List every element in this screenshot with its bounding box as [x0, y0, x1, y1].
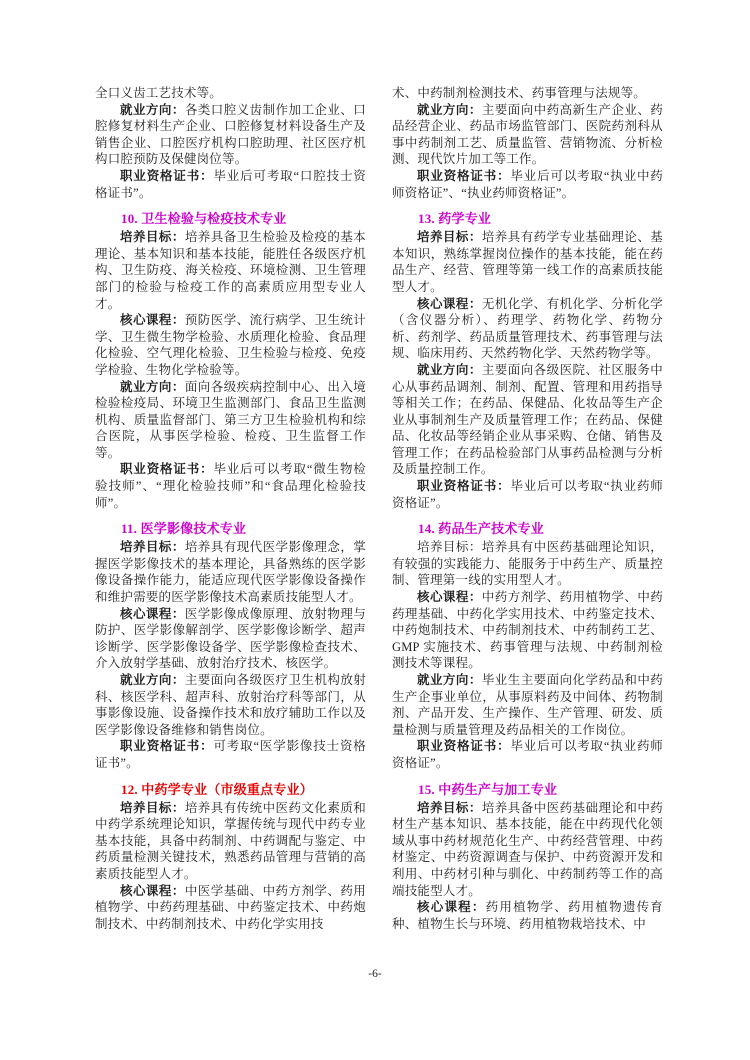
section-heading: 12. 中药学专业（市级重点专业）	[95, 781, 366, 798]
left-column: 全口义齿工艺技术等。就业方向：各类口腔义齿制作加工企业、口腔修复材料生产企业、口…	[95, 85, 366, 932]
paragraph-label: 就业方向：	[120, 673, 185, 687]
paragraph: 培养目标：培养具备中医药基础理论和中药材生产基本知识、基本技能，能在中药现代化领…	[392, 800, 663, 900]
paragraph: 就业方向：主要面向各级医院、社区服务中心从事药品调剂、制剂、配置、管理和用药指导…	[392, 362, 663, 478]
document-page: 全口义齿工艺技术等。就业方向：各类口腔义齿制作加工企业、口腔修复材料生产企业、口…	[0, 0, 750, 1060]
section-heading: 14. 药品生产技术专业	[392, 520, 663, 537]
paragraph-label: 培养目标：	[120, 230, 185, 244]
paragraph-label: 培养目标：	[120, 801, 185, 815]
paragraph-label: 就业方向：	[417, 673, 482, 687]
paragraph-label: 核心课程：	[120, 884, 185, 898]
paragraph: 培养目标：培养具有药学专业基础理论、基本知识，熟练掌握岗位操作的基本技能，能在药…	[392, 229, 663, 295]
paragraph-label: 职业资格证书：	[417, 169, 510, 183]
paragraph: 职业资格证书：毕业后可以考取“执业药师资格证”。	[392, 738, 663, 771]
paragraph: 核心课程：无机化学、有机化学、分析化学（含仪器分析）、药理学、药物化学、药物分析…	[392, 296, 663, 362]
paragraph: 培养目标：培养具有现代医学影像理念，掌握医学影像技术的基本理论，具备熟练的医学影…	[95, 539, 366, 605]
paragraph: 术、中药制剂检测技术、药事管理与法规等。	[392, 85, 663, 102]
section-heading: 13. 药学专业	[392, 210, 663, 227]
page-number: -6-	[0, 968, 750, 980]
paragraph: 就业方向：主要面向中药高新生产企业、药品经营企业、药品市场监管部门、医院药剂科从…	[392, 102, 663, 168]
paragraph: 职业资格证书：毕业后可以考取“执业中药师资格证”、“执业药师资格证”。	[392, 168, 663, 201]
paragraph-label: 职业资格证书：	[120, 462, 213, 476]
paragraph-label: 就业方向：	[120, 103, 185, 117]
paragraph: 核心课程：中药方剂学、药用植物学、中药药理基础、中药化学实用技术、中药鉴定技术、…	[392, 589, 663, 672]
paragraph-label: 就业方向：	[120, 380, 185, 394]
paragraph: 核心课程：预防医学、流行病学、卫生统计学、卫生微生物学检验、水质理化检验、食品理…	[95, 312, 366, 378]
paragraph: 就业方向：面向各级疾病控制中心、出入境检验检疫局、环境卫生监测部门、食品卫生监测…	[95, 379, 366, 462]
paragraph-label: 核心课程：	[417, 297, 482, 311]
paragraph-label: 就业方向：	[417, 103, 482, 117]
paragraph-label: 职业资格证书：	[417, 739, 510, 753]
paragraph: 就业方向：各类口腔义齿制作加工企业、口腔修复材料生产企业、口腔修复材料设备生产及…	[95, 102, 366, 168]
paragraph-label: 职业资格证书：	[417, 479, 510, 493]
paragraph: 培养目标：培养具有传统中医药文化素质和中药学系统理论知识，掌握传统与现代中药专业…	[95, 800, 366, 883]
paragraph: 职业资格证书：可考取“医学影像技士资格证书”。	[95, 738, 366, 771]
paragraph-label: 核心课程：	[120, 313, 185, 327]
paragraph: 核心课程：中医学基础、中药方剂学、药用植物学、中药药理基础、中药鉴定技术、中药炮…	[95, 883, 366, 933]
section-heading: 10. 卫生检验与检疫技术专业	[95, 210, 366, 227]
paragraph: 培养目标：培养具备卫生检验及检疫的基本理论、基本知识和基本技能，能胜任各级医疗机…	[95, 229, 366, 312]
paragraph: 职业资格证书：毕业后可考取“口腔技士资格证书”。	[95, 168, 366, 201]
paragraph-label: 核心课程：	[417, 590, 482, 604]
right-column: 术、中药制剂检测技术、药事管理与法规等。就业方向：主要面向中药高新生产企业、药品…	[392, 85, 663, 932]
paragraph: 核心课程：药用植物学、药用植物遗传育种、植物生长与环境、药用植物栽培技术、中	[392, 899, 663, 932]
paragraph-text: 主要面向各级医院、社区服务中心从事药品调剂、制剂、配置、管理和用药指导等相关工作…	[392, 363, 663, 477]
paragraph-label: 培养目标：	[417, 540, 482, 554]
paragraph: 就业方向：主要面向各级医疗卫生机构放射科、核医学科、超声科、放射治疗科等部门，从…	[95, 672, 366, 738]
section-heading: 15. 中药生产与加工专业	[392, 781, 663, 798]
paragraph-label: 核心课程：	[417, 900, 486, 914]
paragraph-text: 培养具备中医药基础理论和中药材生产基本知识、基本技能，能在中药现代化领域从事中药…	[392, 801, 663, 898]
paragraph: 职业资格证书：毕业后可以考取“微生物检验技师”、“理化检验技师”和“食品理化检验…	[95, 461, 366, 511]
paragraph-label: 核心课程：	[120, 607, 185, 621]
paragraph-label: 职业资格证书：	[120, 739, 213, 753]
paragraph-label: 培养目标：	[417, 230, 482, 244]
paragraph-label: 培养目标：	[417, 801, 482, 815]
paragraph: 培养目标：培养具有中医药基础理论知识，有较强的实践能力、能服务于中药生产、质量控…	[392, 539, 663, 589]
paragraph: 职业资格证书：毕业后可以考取“执业药师资格证”。	[392, 478, 663, 511]
paragraph-label: 培养目标：	[120, 540, 185, 554]
paragraph: 核心课程：医学影像成像原理、放射物理与防护、医学影像解剖学、医学影像诊断学、超声…	[95, 606, 366, 672]
paragraph: 就业方向：毕业生主要面向化学药品和中药生产企事业单位，从事原料药及中间体、药物制…	[392, 672, 663, 738]
page-content: 全口义齿工艺技术等。就业方向：各类口腔义齿制作加工企业、口腔修复材料生产企业、口…	[95, 85, 663, 932]
paragraph: 全口义齿工艺技术等。	[95, 85, 366, 102]
paragraph-label: 职业资格证书：	[120, 169, 213, 183]
section-heading: 11. 医学影像技术专业	[95, 520, 366, 537]
paragraph-label: 就业方向：	[417, 363, 482, 377]
